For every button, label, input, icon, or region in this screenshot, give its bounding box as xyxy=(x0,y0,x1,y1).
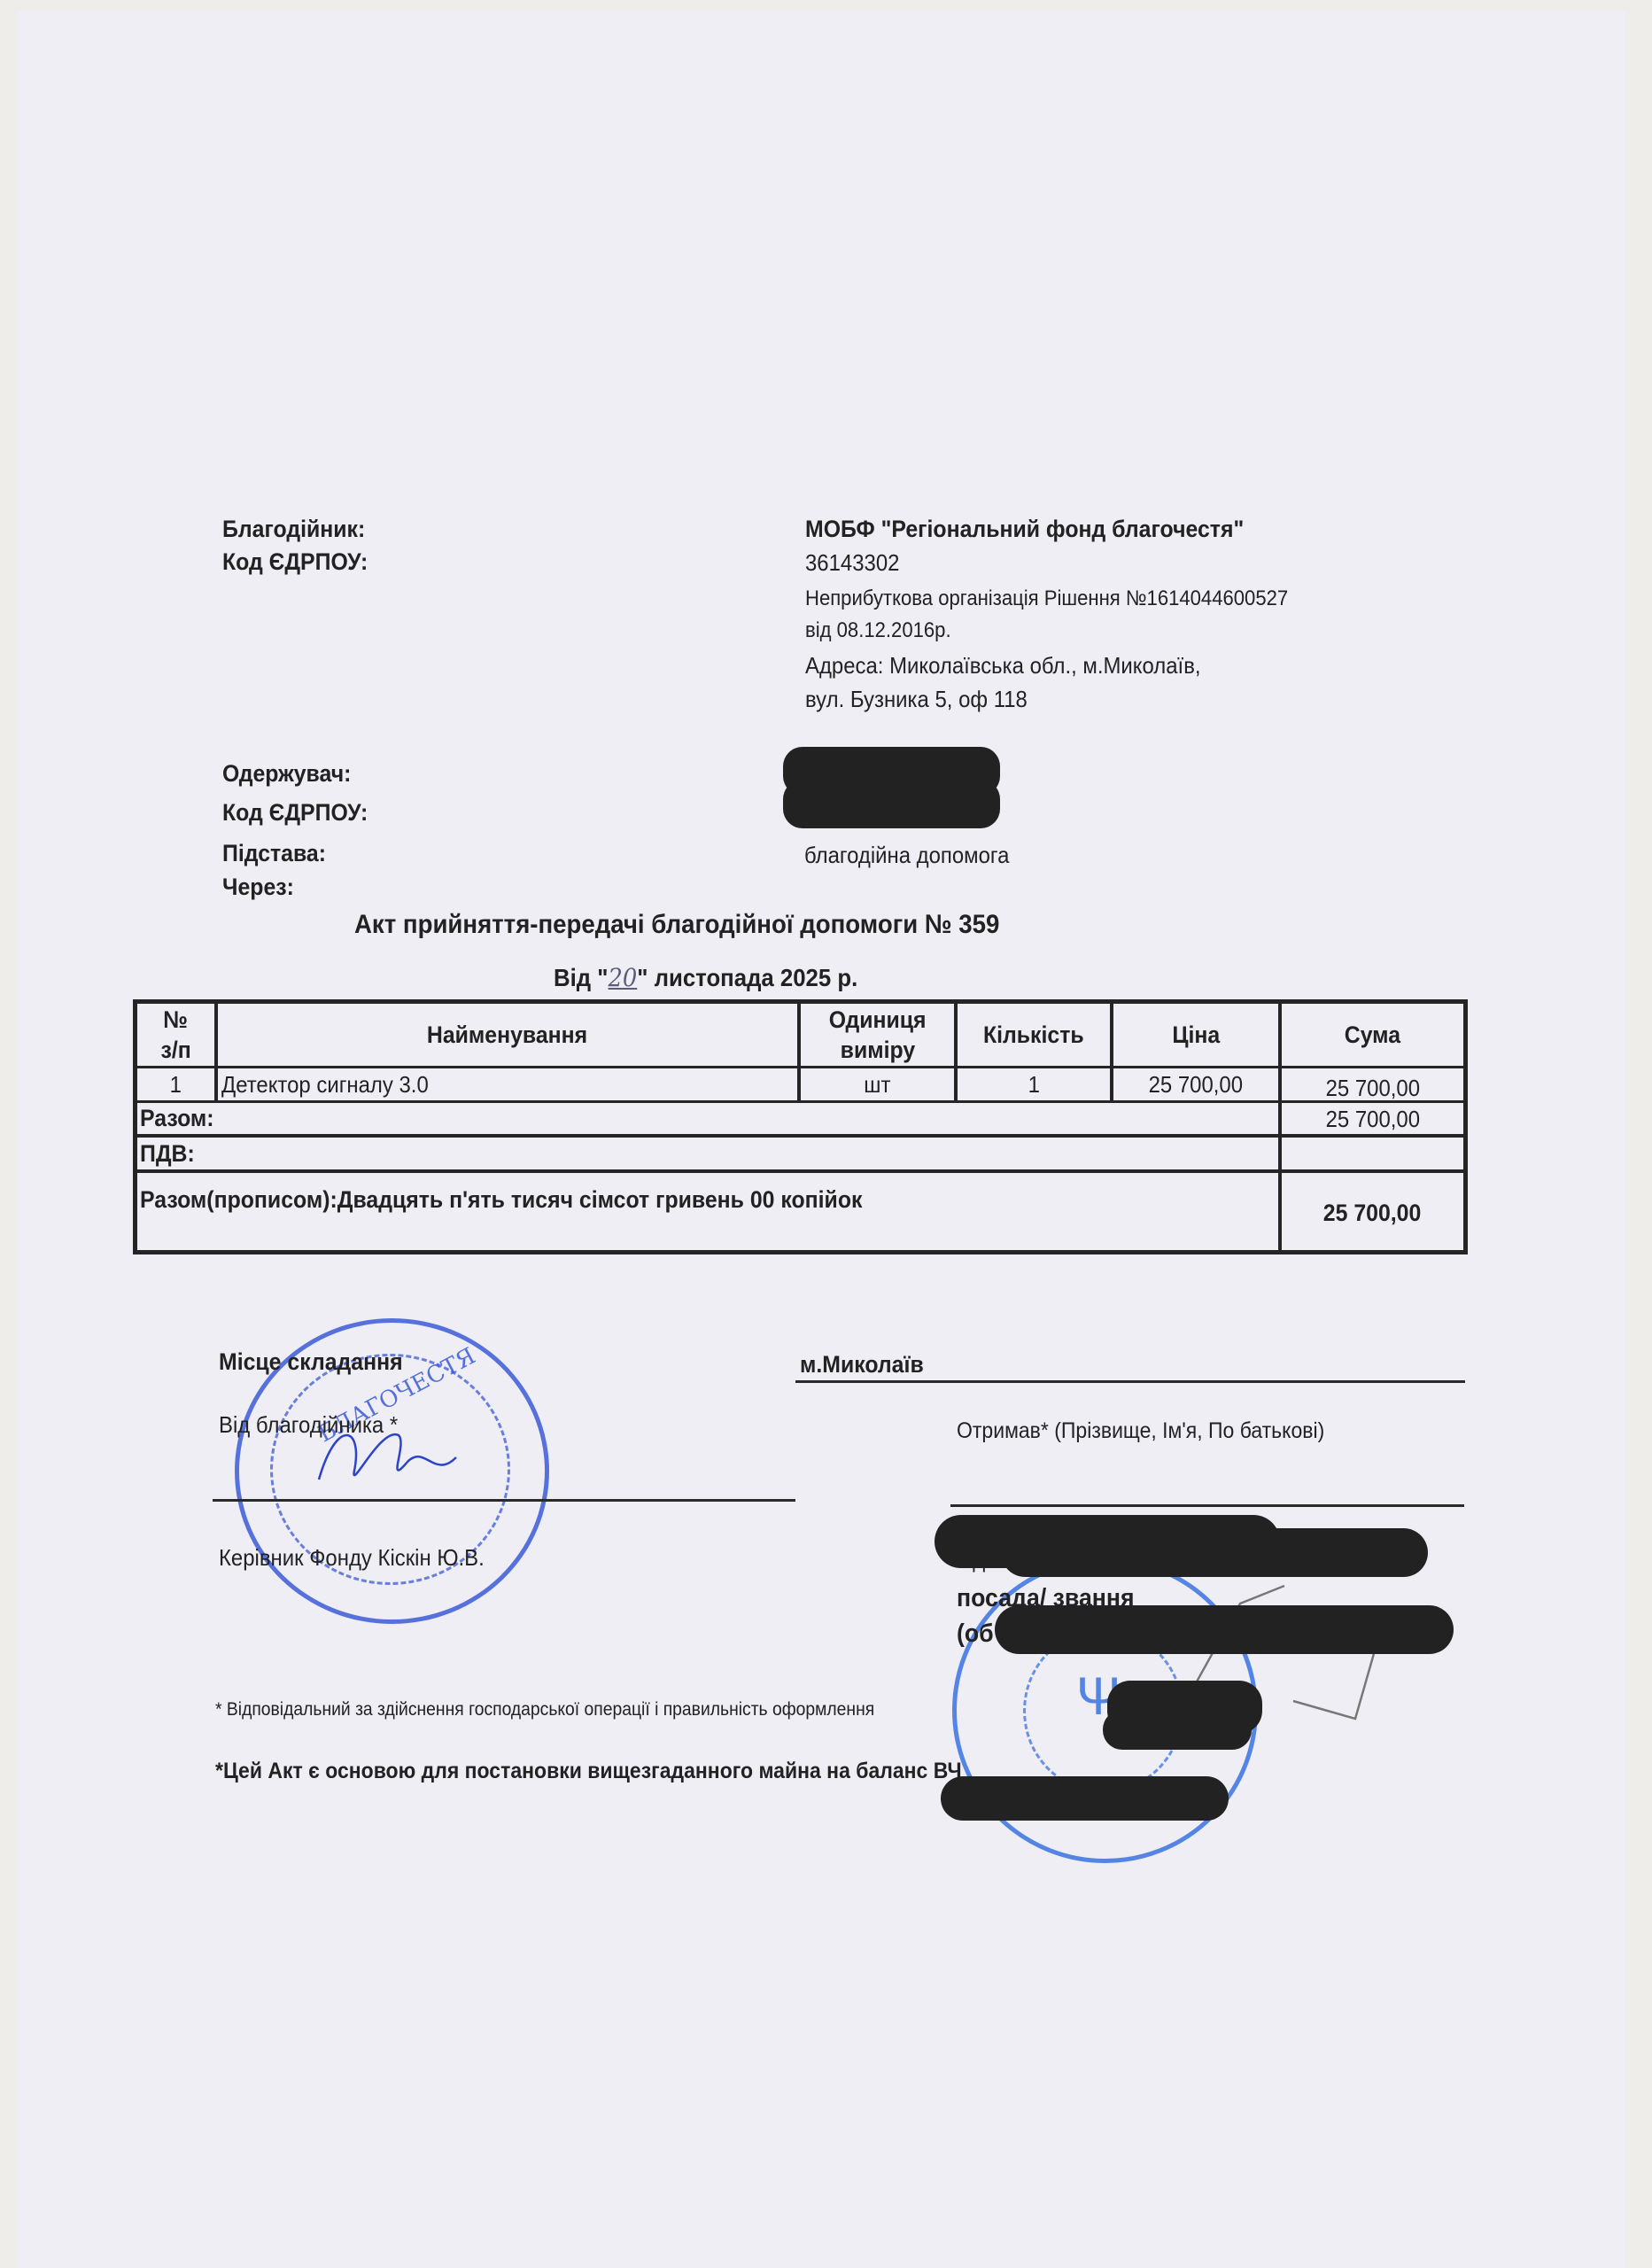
from-donor-label: Від благодійника * xyxy=(219,1411,398,1439)
act-date-day: 20 xyxy=(608,963,637,992)
header-price: Ціна xyxy=(1113,1004,1278,1066)
position-sub-partial: (об xyxy=(957,1619,994,1649)
act-title: Акт прийняття-передачі благодійної допом… xyxy=(354,910,999,940)
total-in-words: Разом(прописом):Двадцять п'ять тисяч сім… xyxy=(140,1173,1274,1226)
act-date-prefix: Від " xyxy=(554,964,608,991)
total-label: Разом: xyxy=(140,1102,671,1134)
footnote-basis: *Цей Акт є основою для постановки вищезг… xyxy=(215,1759,962,1784)
donor-signature-line xyxy=(213,1499,795,1502)
recipient-signature-line xyxy=(950,1504,1464,1507)
redaction-recipient-position xyxy=(995,1605,1454,1654)
header-no: № з/п xyxy=(137,1004,214,1066)
via-label: Через: xyxy=(222,874,294,901)
row-1-unit: шт xyxy=(801,1068,954,1100)
redaction-recipient-code xyxy=(783,780,1000,828)
row-1-sum: 25 700,00 xyxy=(1282,1072,1463,1104)
header-unit: Одиниця виміру xyxy=(801,1004,954,1066)
row-1-name: Детектор сигналу 3.0 xyxy=(221,1068,797,1100)
donor-nonprofit-line1: Неприбуткова організація Рішення №161404… xyxy=(805,586,1288,611)
place-label: Місце складання xyxy=(219,1348,403,1376)
row-1-price: 25 700,00 xyxy=(1113,1068,1278,1100)
header-sum: Сума xyxy=(1282,1004,1463,1066)
vat-label: ПДВ: xyxy=(140,1138,671,1169)
donor-label: Благодійник: xyxy=(222,516,365,543)
act-date-suffix: " листопада 2025 р. xyxy=(637,964,857,991)
header-name: Найменування xyxy=(218,1004,797,1066)
donor-code-label: Код ЄДРПОУ: xyxy=(222,548,368,576)
footnote-responsible: * Відповідальний за здійснення господарс… xyxy=(215,1699,874,1720)
total-in-words-value: 25 700,00 xyxy=(1282,1182,1463,1244)
recipient-label: Одержувач: xyxy=(222,760,351,788)
donor-address-line1: Адреса: Миколаївська обл., м.Миколаїв, xyxy=(805,652,1201,680)
items-table: № з/п Найменування Одиниця виміру Кількі… xyxy=(133,999,1468,1254)
donor-nonprofit-line2: від 08.12.2016р. xyxy=(805,618,951,643)
redaction-recipient-misc-2 xyxy=(1103,1710,1252,1750)
donor-name: МОБФ "Регіональний фонд благочестя" xyxy=(805,516,1244,543)
redaction-recipient-signer-2 xyxy=(1001,1528,1428,1577)
donor-address-line2: вул. Бузника 5, оф 118 xyxy=(805,686,1028,713)
recipient-code-label: Код ЄДРПОУ: xyxy=(222,799,368,827)
received-label: Отримав* (Прізвище, Ім'я, По батькові) xyxy=(957,1418,1324,1444)
total-value: 25 700,00 xyxy=(1282,1103,1463,1135)
act-date: Від "20" листопада 2025 р. xyxy=(554,963,857,992)
row-1-no: 1 xyxy=(137,1068,214,1100)
header-qty: Кількість xyxy=(958,1004,1110,1066)
donor-code: 36143302 xyxy=(805,549,899,577)
row-1-qty: 1 xyxy=(958,1068,1110,1100)
place-value: м.Миколаїв xyxy=(800,1351,924,1379)
basis-value: благодійна допомога xyxy=(804,842,1009,869)
basis-label: Підстава: xyxy=(222,840,326,867)
donor-signer: Керівник Фонду Кіскін Ю.В. xyxy=(219,1544,485,1572)
place-underline xyxy=(795,1380,1465,1383)
vat-value xyxy=(1282,1138,1463,1169)
redaction-military-unit xyxy=(941,1776,1229,1821)
